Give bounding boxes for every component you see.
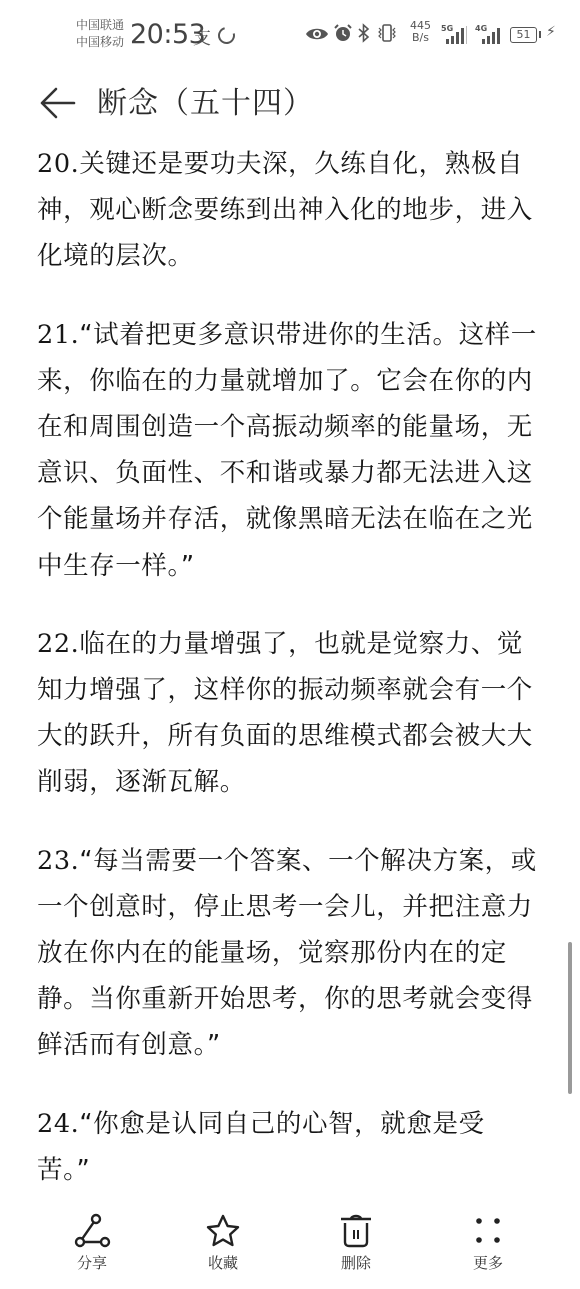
paragraph-text: 临在的力量增强了，也就是觉察力、觉知力增强了，这样你的振动频率就会有一个大的跃升…	[37, 629, 533, 798]
back-button[interactable]	[38, 86, 78, 120]
carrier-info: 中国联通 中国移动	[76, 17, 124, 51]
paragraph-23: 23.“每当需要一个答案、一个解决方案，或一个创意时，停止思考一会儿，并把注意力…	[37, 838, 537, 1069]
more-label: 更多	[433, 1253, 543, 1273]
vibrate-icon	[376, 23, 398, 43]
paragraph-text: “你愈是认同自己的心智，就愈是受苦。”	[37, 1109, 485, 1185]
net-speed: 445 B/s	[410, 20, 431, 44]
paragraph-text: “每当需要一个答案、一个解决方案，或一个创意时，停止思考一会儿，并把注意力放在你…	[37, 846, 537, 1061]
bottom-toolbar: 分享 收藏 删除 更多	[0, 1205, 580, 1289]
paragraph-number: 23.	[37, 846, 79, 876]
more-dots-icon	[468, 1213, 508, 1249]
scrollbar[interactable]	[568, 942, 572, 1094]
trash-icon	[336, 1213, 376, 1249]
charging-icon: ⚡	[546, 24, 556, 40]
eye-comfort-icon	[305, 26, 329, 42]
paragraph-number: 22.	[37, 629, 79, 659]
note-content: 20.关键还是要功夫深，久练自化，熟极自神，观心断念要练到出神入化的地步，进入化…	[37, 141, 537, 1225]
status-bar: 中国联通 中国移动 20:53 支 445 B/s 5G 4G 51 ⚡	[0, 0, 580, 64]
battery-tip	[539, 31, 541, 38]
paragraph-24: 24.“你愈是认同自己的心智，就愈是受苦。”	[37, 1101, 537, 1193]
share-label: 分享	[37, 1253, 147, 1273]
paragraph-number: 20.	[37, 149, 79, 179]
more-button[interactable]: 更多	[433, 1205, 543, 1281]
bluetooth-icon	[358, 23, 370, 43]
paragraph-22: 22.临在的力量增强了，也就是觉察力、觉知力增强了，这样你的振动频率就会有一个大…	[37, 621, 537, 806]
battery-icon: 51	[510, 27, 537, 43]
delete-button[interactable]: 删除	[301, 1205, 411, 1281]
paragraph-text: 关键还是要功夫深，久练自化，熟极自神，观心断念要练到出神入化的地步，进入化境的层…	[37, 149, 533, 271]
share-button[interactable]: 分享	[37, 1205, 147, 1281]
delete-label: 删除	[301, 1253, 411, 1273]
paragraph-number: 24.	[37, 1109, 79, 1139]
alipay-icon: 支	[193, 24, 211, 50]
arrow-left-icon	[38, 86, 78, 120]
paragraph-number: 21.	[37, 320, 79, 350]
alarm-icon	[333, 23, 353, 43]
sim1-signal-icon	[446, 26, 467, 44]
sim2-signal-icon	[482, 26, 500, 44]
paragraph-21: 21.“试着把更多意识带进你的生活。这样一来，你临在的力量就增加了。它会在你的内…	[37, 312, 537, 589]
carrier-1: 中国联通	[76, 17, 124, 34]
sync-icon	[215, 24, 238, 47]
share-icon	[72, 1213, 112, 1249]
carrier-2: 中国移动	[76, 34, 124, 51]
favorite-label: 收藏	[168, 1253, 278, 1273]
star-icon	[203, 1213, 243, 1249]
paragraph-text: “试着把更多意识带进你的生活。这样一来，你临在的力量就增加了。它会在你的内在和周…	[37, 320, 537, 581]
page-title: 断念（五十四）	[97, 84, 314, 124]
paragraph-20: 20.关键还是要功夫深，久练自化，熟极自神，观心断念要练到出神入化的地步，进入化…	[37, 141, 537, 280]
favorite-button[interactable]: 收藏	[168, 1205, 278, 1281]
net-speed-unit: B/s	[410, 32, 431, 44]
page-header: 断念（五十四）	[0, 72, 580, 136]
